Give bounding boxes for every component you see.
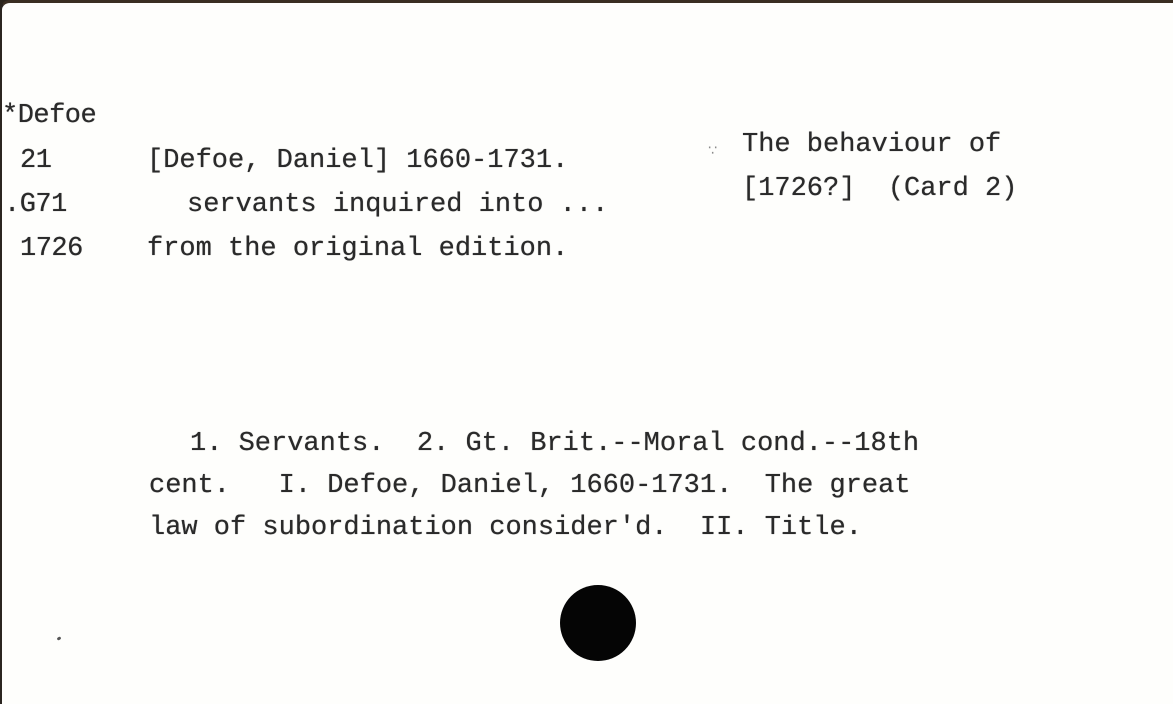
catalog-card: *Defoe 21 .G71 1726 [Defoe, Daniel] 1660… bbox=[0, 0, 1173, 704]
call-number-line-3: 1726 bbox=[20, 236, 83, 263]
title-start: The behaviour of bbox=[742, 132, 1001, 159]
imprint-date-card-number: [1726?] (Card 2) bbox=[742, 176, 1017, 203]
ink-speck bbox=[57, 636, 62, 641]
punch-hole bbox=[560, 585, 636, 661]
author-dates: [Defoe, Daniel] 1660-1731. bbox=[147, 148, 568, 175]
tracing-line-1: 1. Servants. 2. Gt. Brit.--Moral cond.--… bbox=[190, 431, 919, 458]
main-heading: *Defoe bbox=[2, 103, 96, 130]
call-number-line-2: .G71 bbox=[4, 192, 67, 219]
smudge-mark: ∵ bbox=[708, 143, 717, 159]
tracing-line-2: cent. I. Defoe, Daniel, 1660-1731. The g… bbox=[149, 473, 911, 500]
call-number-line-1: 21 bbox=[20, 148, 51, 175]
title-continued: servants inquired into ... bbox=[187, 192, 608, 219]
edition-note: from the original edition. bbox=[147, 236, 568, 263]
tracing-line-3: law of subordination consider'd. II. Tit… bbox=[149, 515, 862, 542]
